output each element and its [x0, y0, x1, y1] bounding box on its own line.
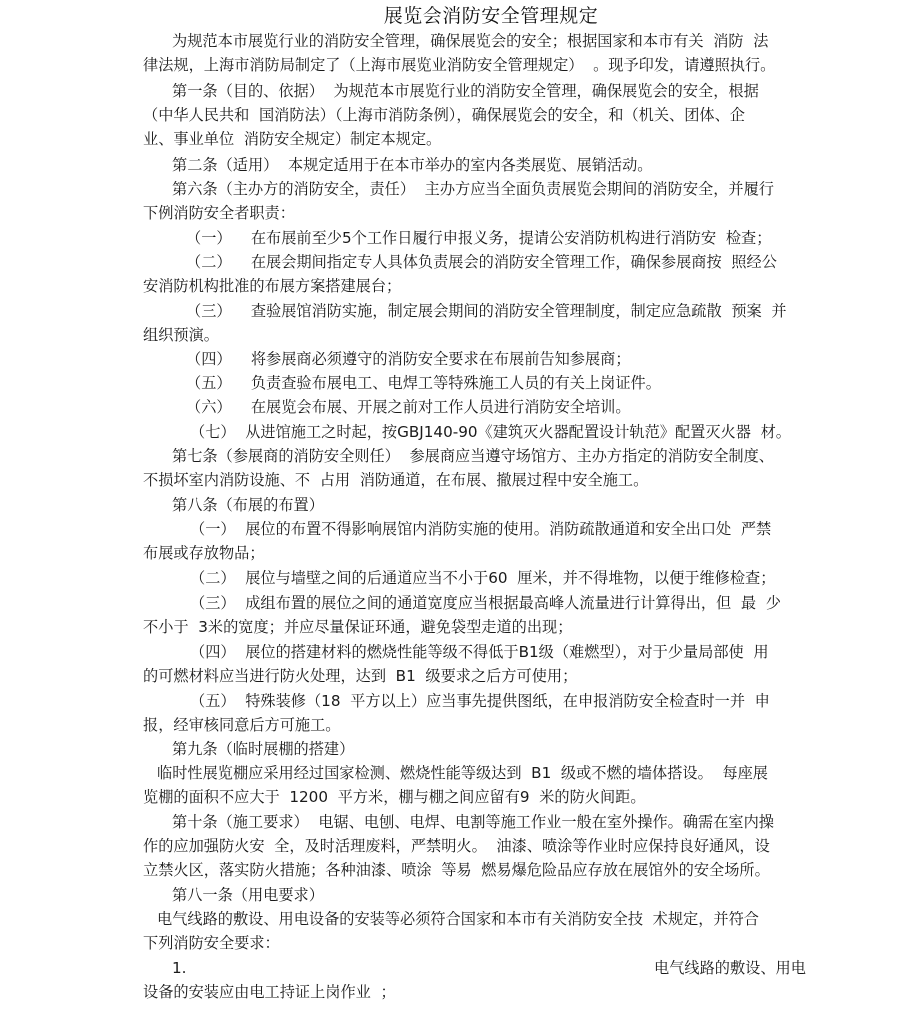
text-line: 布展或存放物品；	[143, 541, 833, 565]
text-line: 电气线路的敷设、用电设备的安装等必须符合国家和本市有关消防安全技 术规定，并符合	[157, 907, 833, 931]
text-line: 第十条（施工要求） 电锯、电刨、电焊、电割等施工作业一般在室外操作。确需在室内操	[172, 810, 833, 834]
text-line: 不小于 3米的宽度；并应尽量保证环通，避免袋型走道的出现；	[143, 615, 833, 639]
text-line: 览棚的面积不应大于 1200 平方米，棚与棚之间应留有9 米的防火间距。	[143, 785, 833, 809]
text-line: 第一条（目的、依据） 为规范本市展览行业的消防安全管理，确保展览会的安全，根据	[172, 79, 833, 103]
text-line: （六） 在展览会布展、开展之前对工作人员进行消防安全培训。	[186, 395, 833, 419]
text-line: 为规范本市展览行业的消防安全管理，确保展览会的安全；根据国家和本市有关 消防 法	[172, 29, 833, 53]
text-line: （五） 负责查验布展电工、电焊工等特殊施工人员的有关上岗证件。	[186, 371, 833, 395]
text-line: 立禁火区，落实防火措施；各种油漆、喷涂 等易 燃易爆危险品应存放在展馆外的安全场…	[143, 858, 833, 882]
text-line: 业、事业单位 消防安全规定）制定本规定。	[143, 127, 833, 151]
text-line: 临时性展览棚应采用经过国家检测、燃烧性能等级达到 B1 级或不燃的墙体搭设。 每…	[157, 761, 833, 785]
text-line: 第二条（适用） 本规定适用于在本市举办的室内各类展览、展销活动。	[172, 153, 833, 177]
text-line: 电气线路的敷设、用电	[654, 956, 833, 980]
text-line: （四） 展位的搭建材料的燃烧性能等级不得低于B1级（难燃型），对于少量局部使 用	[190, 640, 833, 664]
text-line: （中华人民共和 国消防法）（上海市消防条例），确保展览会的安全，和（机关、团体、…	[143, 103, 833, 127]
text-line: 设备的安装应由电工持证上岗作业 ；	[143, 980, 833, 1004]
text-line: （三） 查验展馆消防实施，制定展会期间的消防安全管理制度，制定应急疏散 预案 并	[186, 299, 833, 323]
text-line: 报，经审核同意后方可施工。	[143, 713, 833, 737]
text-line: 第六条（主办方的消防安全，责任） 主办方应当全面负责展览会期间的消防安全，并履行	[172, 177, 833, 201]
text-line: （五） 特殊装修（18 平方以上）应当事先提供图纸，在申报消防安全检查时一并 申	[190, 689, 833, 713]
text-line: 安消防机构批准的布展方案搭建展台；	[143, 274, 833, 298]
text-line: （二） 在展会期间指定专人具体负责展会的消防安全管理工作，确保参展商按 照经公	[186, 250, 833, 274]
text-line: 律法规，上海市消防局制定了（上海市展览业消防安全管理规定） 。现予印发，请遵照执…	[143, 53, 833, 77]
text-line: （一） 在布展前至少5个工作日履行申报义务，提请公安消防机构进行消防安 检查；	[186, 226, 833, 250]
text-line: 下列消防安全要求：	[143, 931, 833, 955]
document-title: 展览会消防安全管理规定	[0, 4, 920, 28]
text-line: 第七条（参展商的消防安全则任） 参展商应当遵守场馆方、主办方指定的消防安全制度、	[172, 444, 833, 468]
document-page: 展览会消防安全管理规定 为规范本市展览行业的消防安全管理，确保展览会的安全；根据…	[0, 0, 920, 1017]
text-line: 的可燃材料应当进行防火处理，达到 B1 级要求之后方可使用；	[143, 664, 833, 688]
text-line: 第八一条（用电要求）	[172, 883, 833, 907]
text-line: 不损坏室内消防设施、不 占用 消防通道，在布展、撤展过程中安全施工。	[143, 468, 833, 492]
text-line: （四） 将参展商必须遵守的消防安全要求在布展前告知参展商；	[186, 347, 833, 371]
text-line: （二） 展位与墙壁之间的后通道应当不小于60 厘米，并不得堆物，以便于维修检查；	[190, 566, 833, 590]
text-line: 第八条（布展的布置）	[172, 493, 833, 517]
text-line: 组织预演。	[143, 323, 833, 347]
text-line: （七） 从进馆施工之时起，按GBJ140-90《建筑灭火器配置设计轨范》配置灭火…	[190, 420, 833, 444]
text-line: （三） 成组布置的展位之间的通道宽度应当根据最高峰人流量进行计算得出，但 最 少	[190, 591, 833, 615]
text-line: （一） 展位的布置不得影响展馆内消防实施的使用。消防疏散通道和安全出口处 严禁	[190, 517, 833, 541]
text-line: 第九条（临时展棚的搭建）	[172, 737, 833, 761]
text-line: 下例消防安全者职责：	[143, 201, 833, 225]
text-line: 作的应加强防火安 全，及时活理废料，严禁明火。 油漆、喷涂等作业时应保持良好通风…	[143, 834, 833, 858]
